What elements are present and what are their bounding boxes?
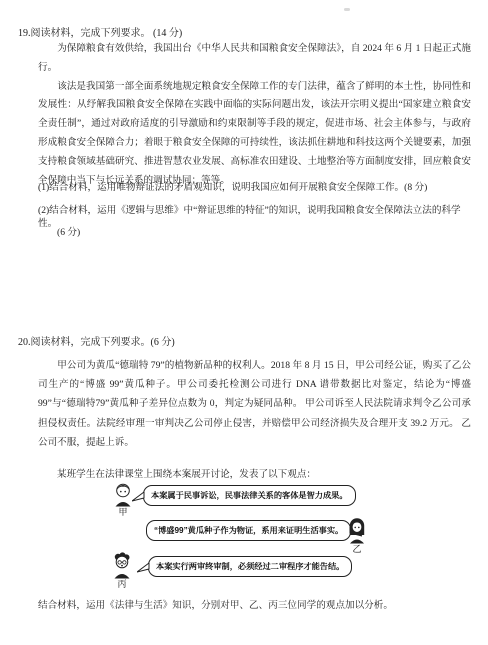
bubble-tail-left-icon — [137, 562, 150, 576]
student-yi-label: 乙 — [352, 544, 361, 554]
question-20-discussion-intro: 某班学生在法律课堂上围绕本案展开讨论，发表了以下观点： — [57, 466, 316, 480]
question-20-task: 结合材料，运用《法律与生活》知识，分别对甲、乙、丙三位同学的观点加以分析。 — [38, 597, 471, 611]
question-19-paragraph-2: 该法是我国第一部全面系统地规定粮食安全保障工作的专门法律，蕴含了鲜明的本土性，协… — [38, 78, 471, 191]
question-19-subquestion-2-score: (6 分) — [57, 224, 80, 238]
question-20-material: 甲公司为黄瓜“德瑞特 79”的植物新品种的权利人。2018 年 8 月 15 日… — [38, 356, 471, 452]
student-bing-bubble: 本案实行两审终审制，必须经过二审程序才能告结。 — [148, 556, 352, 577]
boy-glasses-face-icon — [110, 551, 134, 579]
question-19-subquestion-2: (2)结合材料，运用《逻辑与思维》中“辩证思维的特征”的知识，说明我国粮食安全保… — [38, 204, 471, 230]
boy-face-icon — [112, 481, 134, 507]
student-jia-quote: 本案属于民事诉讼，民事法律关系的客体是智力成果。 — [151, 491, 348, 500]
student-jia-bubble: 本案属于民事诉讼，民事法律关系的客体是智力成果。 — [143, 485, 356, 506]
student-yi-quote: “博盛99”黄瓜种子作为物证，系用来证明生活事实。 — [154, 526, 343, 535]
student-jia-label: 甲 — [118, 507, 127, 517]
question-20-paragraph-1: 甲公司为黄瓜“德瑞特 79”的植物新品种的权利人。2018 年 8 月 15 日… — [38, 356, 471, 452]
question-19-subquestion-1: (1)结合材料，运用唯物辩证法的矛盾观知识，说明我国应如何开展粮食安全保障工作。… — [38, 181, 471, 194]
question-19-material: 为保障粮食有效供给，我国出台《中华人民共和国粮食安全保障法》，自 2024 年 … — [38, 40, 471, 190]
student-bing-quote: 本案实行两审终审制，必须经过二审程序才能告结。 — [156, 562, 344, 571]
exam-page: 19.阅读材料，完成下列要求。 (14 分) 为保障粮食有效供给，我国出台《中华… — [0, 0, 488, 645]
question-19-header: 19.阅读材料，完成下列要求。 (14 分) — [18, 24, 182, 39]
question-19-paragraph-1: 为保障粮食有效供给，我国出台《中华人民共和国粮食安全保障法》，自 2024 年 … — [38, 40, 471, 78]
scan-artifact — [344, 8, 350, 11]
girl-face-icon — [346, 515, 368, 544]
student-bing-avatar: 丙 — [109, 551, 135, 589]
question-20-header: 20.阅读材料，完成下列要求。(6 分) — [18, 333, 175, 348]
bubble-tail-left-icon — [132, 491, 145, 505]
student-yi-avatar: 乙 — [344, 515, 370, 554]
student-yi-bubble: “博盛99”黄瓜种子作为物证，系用来证明生活事实。 — [146, 520, 351, 541]
student-bing-label: 丙 — [117, 579, 126, 589]
